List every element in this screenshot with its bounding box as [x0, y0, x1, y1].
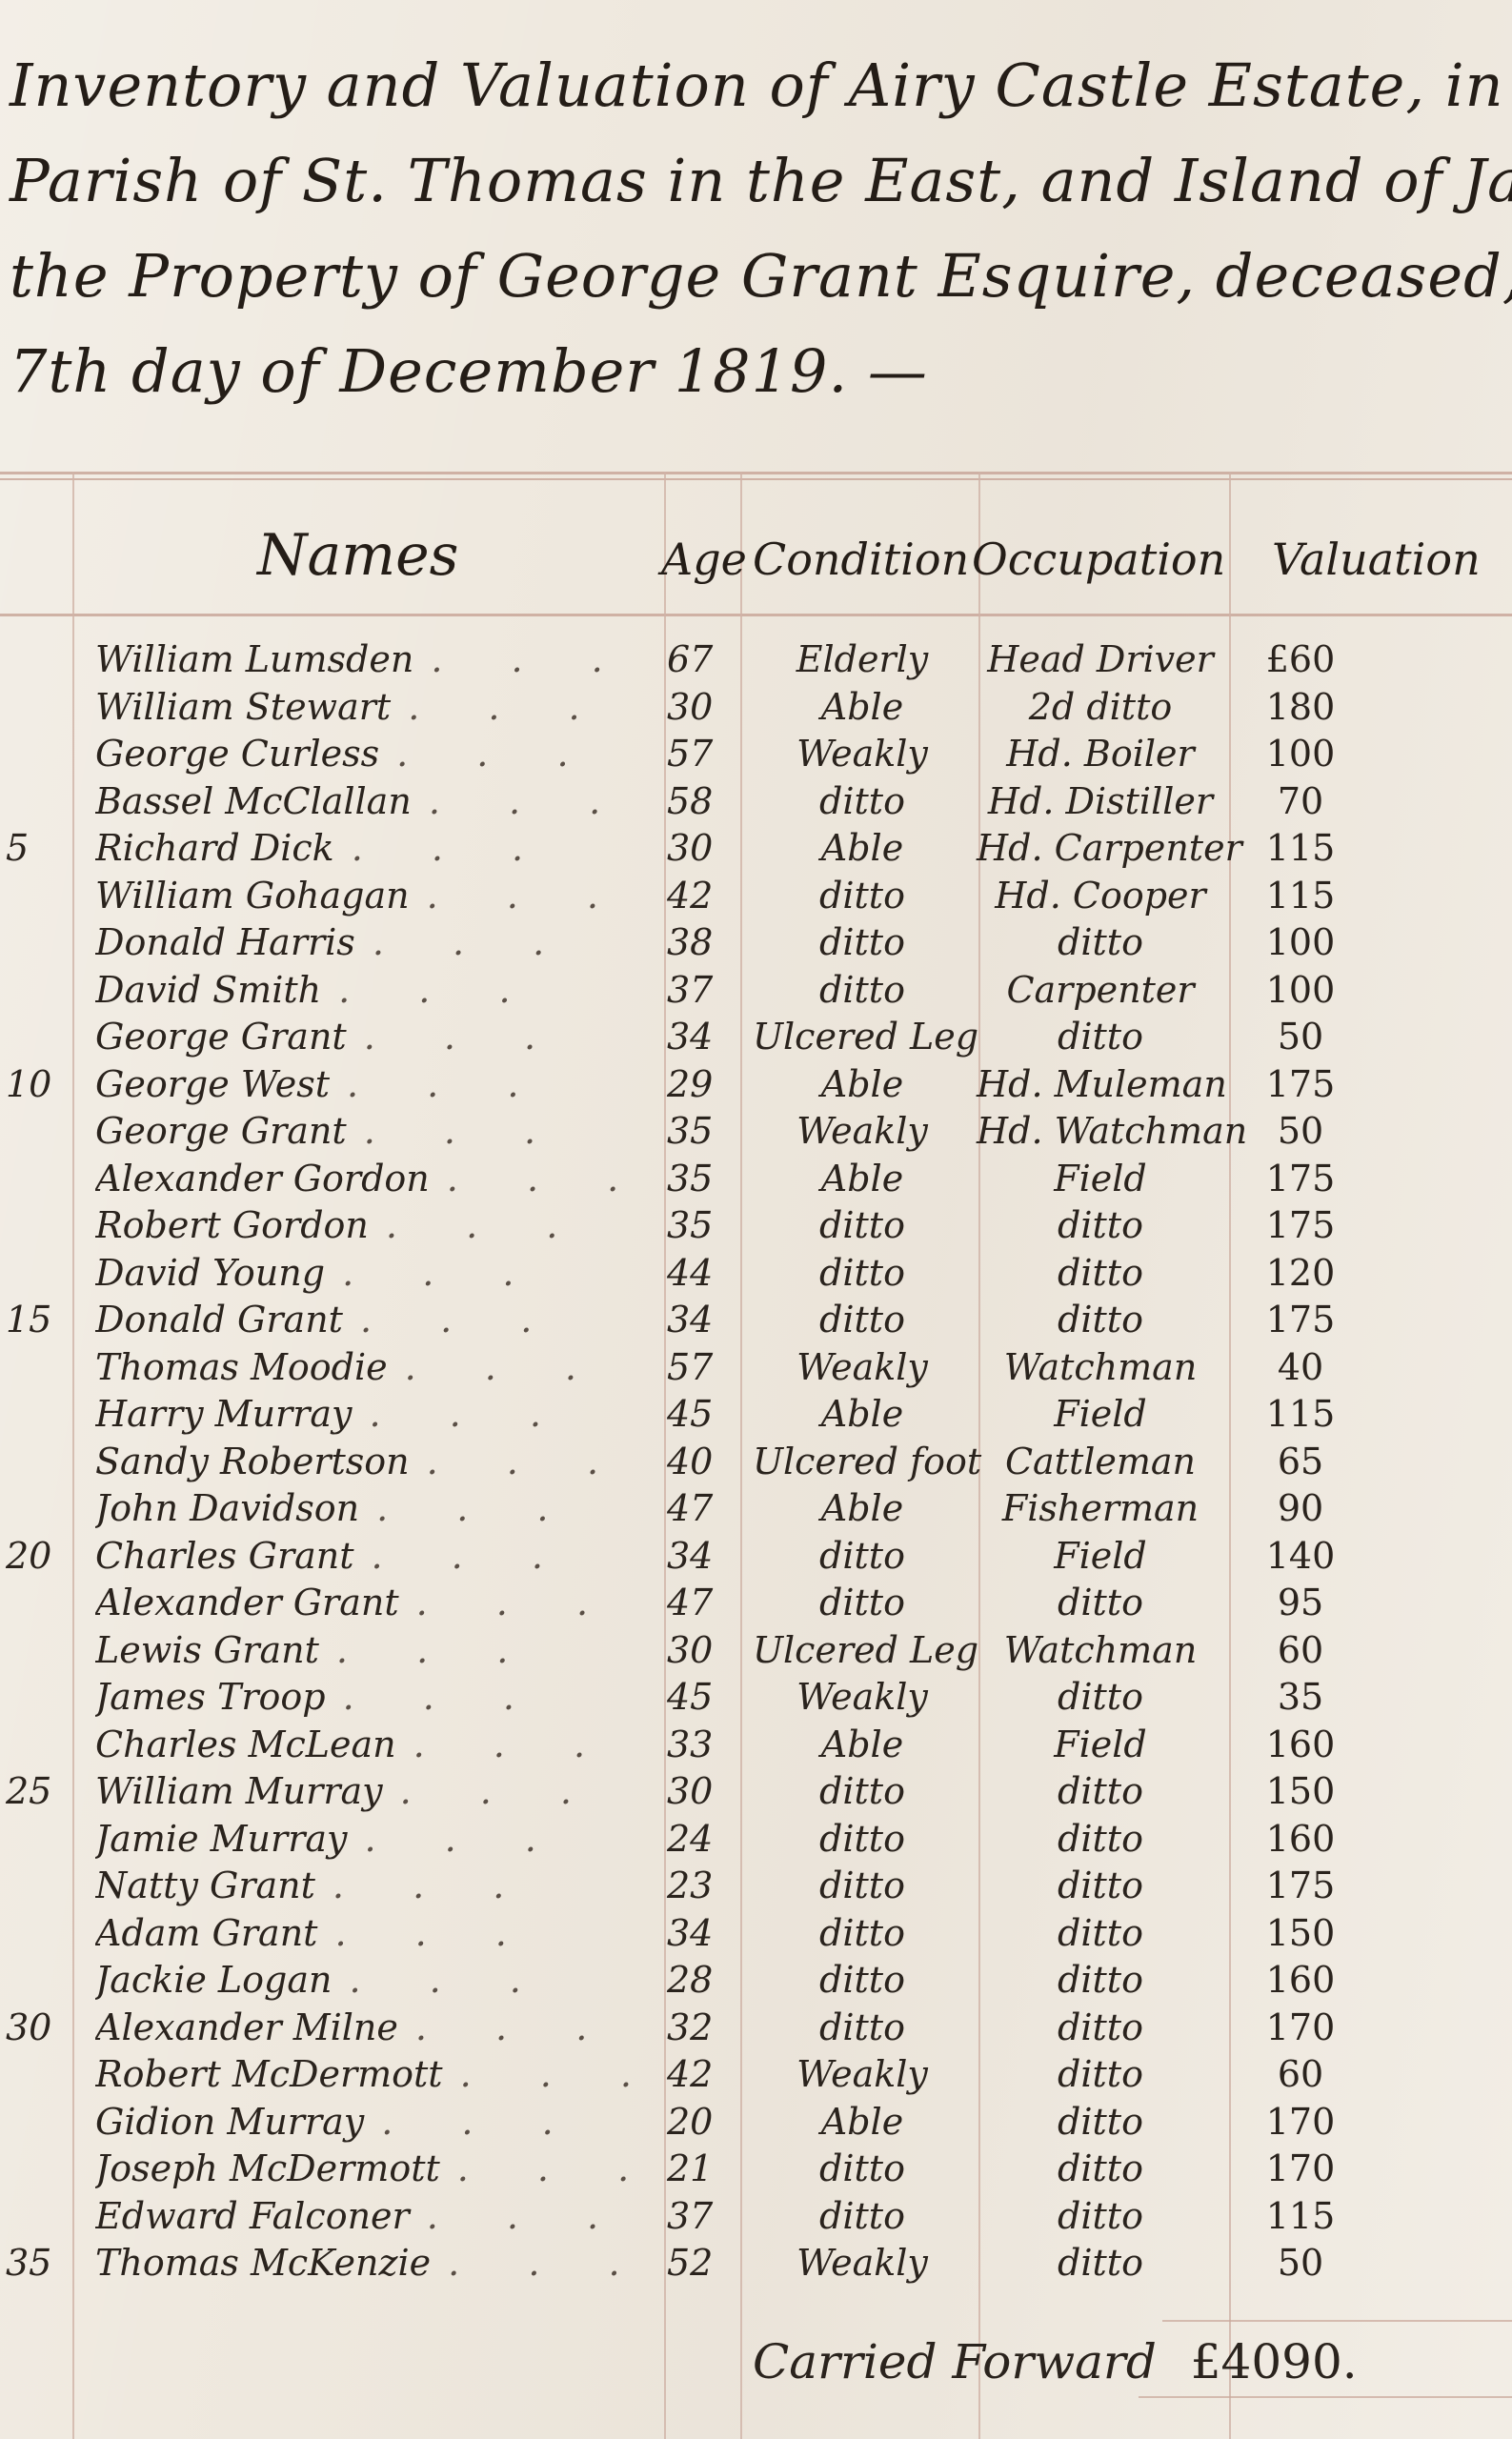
age-cell: 24	[667, 1816, 734, 1864]
age-cell: 37	[667, 967, 734, 1015]
condition-cell: Able	[753, 1156, 972, 1203]
table-row: Donald Harris. . .38dittoditto100	[0, 919, 1512, 967]
name-text: John Davidson	[95, 1487, 359, 1529]
name-cell: Sandy Robertson. . .	[95, 1439, 648, 1486]
total-rule	[1162, 2320, 1512, 2322]
condition-cell: Ulcered Leg	[753, 1627, 972, 1675]
condition-cell: Weakly	[753, 1344, 972, 1392]
age-cell: 47	[667, 1485, 734, 1533]
age-cell: 58	[667, 778, 734, 826]
condition-cell: ditto	[753, 1250, 972, 1298]
name-cell: Edward Falconer. . .	[95, 2193, 648, 2241]
table-row: Alexander Grant. . .47dittoditto95	[0, 1580, 1512, 1627]
title-line-4: 7th day of December 1819. —	[0, 324, 1512, 419]
table-row: 35Thomas McKenzie. . .52Weaklyditto50	[0, 2240, 1512, 2288]
name-text: Charles McLean	[95, 1723, 396, 1765]
name-cell: Thomas McKenzie. . .	[95, 2240, 648, 2288]
table-row: Gidion Murray. . .20Ableditto170	[0, 2099, 1512, 2147]
name-text: George Grant	[95, 1016, 347, 1058]
condition-cell: ditto	[753, 1863, 972, 1910]
leader-dots: . . .	[412, 780, 629, 822]
leader-dots: . . .	[410, 875, 627, 917]
row-number: 35	[6, 2240, 72, 2288]
age-cell: 45	[667, 1391, 734, 1439]
occupation-cell: Carpenter	[977, 967, 1224, 1015]
name-text: Harry Murray	[95, 1393, 353, 1435]
table-row: Robert McDermott. . .42Weaklyditto60	[0, 2051, 1512, 2099]
table-row: George Curless. . .57WeaklyHd. Boiler100	[0, 731, 1512, 778]
leader-dots: . . .	[410, 1441, 627, 1482]
age-cell: 35	[667, 1202, 734, 1250]
table-row: Alexander Gordon. . .35AbleField175	[0, 1156, 1512, 1203]
name-text: Jamie Murray	[95, 1818, 347, 1860]
valuation-cell: 115	[1239, 2193, 1362, 2241]
table-row: George Grant. . .35WeaklyHd. Watchman50	[0, 1108, 1512, 1156]
occupation-cell: ditto	[977, 2051, 1224, 2099]
name-cell: William Murray. . .	[95, 1768, 648, 1816]
occupation-cell: Field	[977, 1533, 1224, 1581]
valuation-cell: 160	[1239, 1816, 1362, 1864]
name-cell: William Gohagan. . .	[95, 873, 648, 920]
occupation-cell: ditto	[977, 2146, 1224, 2193]
document-title: Inventory and Valuation of Airy Castle E…	[0, 38, 1512, 419]
valuation-cell: 100	[1239, 967, 1362, 1015]
valuation-cell: 175	[1239, 1156, 1362, 1203]
valuation-cell: 150	[1239, 1768, 1362, 1816]
leader-dots: . . .	[334, 827, 552, 869]
leader-dots: . . .	[332, 1959, 549, 2001]
occupation-cell: Hd. Carpenter	[977, 825, 1224, 873]
valuation-cell: 175	[1239, 1061, 1362, 1109]
occupation-cell: ditto	[977, 1957, 1224, 2005]
age-cell: 21	[667, 2146, 734, 2193]
leader-dots: . . .	[321, 969, 538, 1011]
leader-dots: . . .	[315, 1865, 533, 1906]
age-cell: 45	[667, 1674, 734, 1722]
leader-dots: . . .	[359, 1487, 576, 1529]
condition-cell: Weakly	[753, 1108, 972, 1156]
name-cell: Alexander Gordon. . .	[95, 1156, 648, 1203]
name-cell: Alexander Grant. . .	[95, 1580, 648, 1627]
name-cell: Adam Grant. . .	[95, 1910, 648, 1958]
name-text: Donald Grant	[95, 1299, 343, 1340]
age-cell: 30	[667, 825, 734, 873]
name-text: Charles Grant	[95, 1535, 354, 1577]
occupation-cell: Hd. Muleman	[977, 1061, 1224, 1109]
table-row: Joseph McDermott. . .21dittoditto170	[0, 2146, 1512, 2193]
leader-dots: . . .	[369, 1204, 586, 1246]
occupation-cell: Fisherman	[977, 1485, 1224, 1533]
name-cell: Lewis Grant. . .	[95, 1627, 648, 1675]
leader-dots: . . .	[347, 1016, 564, 1058]
condition-cell: Able	[753, 1485, 972, 1533]
table-row: George Grant. . .34Ulcered Legditto50	[0, 1014, 1512, 1061]
name-text: Richard Dick	[95, 827, 334, 869]
occupation-cell: ditto	[977, 1674, 1224, 1722]
name-cell: Gidion Murray. . .	[95, 2099, 648, 2147]
occupation-cell: ditto	[977, 2240, 1224, 2288]
name-text: Bassel McClallan	[95, 780, 412, 822]
condition-cell: ditto	[753, 1768, 972, 1816]
header-names: Names	[257, 522, 458, 589]
table-row: Jamie Murray. . .24dittoditto160	[0, 1816, 1512, 1864]
age-cell: 29	[667, 1061, 734, 1109]
leader-dots: . . .	[317, 1912, 534, 1954]
table-row: Edward Falconer. . .37dittoditto115	[0, 2193, 1512, 2241]
age-cell: 35	[667, 1156, 734, 1203]
valuation-cell: 115	[1239, 1391, 1362, 1439]
table-row: 25William Murray. . .30dittoditto150	[0, 1768, 1512, 1816]
condition-cell: ditto	[753, 1957, 972, 2005]
name-cell: James Troop. . .	[95, 1674, 648, 1722]
condition-cell: Ulcered Leg	[753, 1014, 972, 1061]
header-valuation: Valuation	[1272, 534, 1481, 585]
age-cell: 44	[667, 1250, 734, 1298]
occupation-cell: ditto	[977, 919, 1224, 967]
name-cell: Joseph McDermott. . .	[95, 2146, 648, 2193]
age-cell: 33	[667, 1722, 734, 1769]
name-text: David Smith	[95, 969, 321, 1011]
name-cell: Donald Grant. . .	[95, 1297, 648, 1344]
carried-forward-label: Carried Forward	[753, 2334, 1157, 2389]
occupation-cell: ditto	[977, 1580, 1224, 1627]
age-cell: 57	[667, 731, 734, 778]
table-row: John Davidson. . .47AbleFisherman90	[0, 1485, 1512, 1533]
valuation-cell: 170	[1239, 2005, 1362, 2052]
valuation-cell: 115	[1239, 825, 1362, 873]
leader-dots: . . .	[396, 1723, 614, 1765]
name-cell: George Grant. . .	[95, 1014, 648, 1061]
table-row: 5Richard Dick. . .30AbleHd. Carpenter115	[0, 825, 1512, 873]
table-row: Sandy Robertson. . .40Ulcered footCattle…	[0, 1439, 1512, 1486]
leader-dots: . . .	[354, 1535, 572, 1577]
age-cell: 34	[667, 1533, 734, 1581]
occupation-cell: Cattleman	[977, 1439, 1224, 1486]
valuation-cell: 160	[1239, 1957, 1362, 2005]
age-cell: 38	[667, 919, 734, 967]
table-row: David Smith. . .37dittoCarpenter100	[0, 967, 1512, 1015]
valuation-cell: 65	[1239, 1439, 1362, 1486]
name-cell: Harry Murray. . .	[95, 1391, 648, 1439]
valuation-cell: 50	[1239, 1014, 1362, 1061]
row-number: 20	[6, 1533, 72, 1581]
name-text: Alexander Milne	[95, 2006, 398, 2048]
leader-dots: . . .	[430, 1158, 647, 1199]
age-cell: 34	[667, 1014, 734, 1061]
valuation-cell: 175	[1239, 1863, 1362, 1910]
valuation-cell: £60	[1239, 636, 1362, 684]
carried-forward: Carried Forward £4090.	[753, 2334, 1358, 2389]
condition-cell: ditto	[753, 873, 972, 920]
age-cell: 52	[667, 2240, 734, 2288]
title-line-3: the Property of George Grant Esquire, de…	[0, 229, 1512, 324]
name-cell: Bassel McClallan. . .	[95, 778, 648, 826]
table-row: James Troop. . .45Weaklyditto35	[0, 1674, 1512, 1722]
condition-cell: Able	[753, 684, 972, 732]
name-text: William Gohagan	[95, 875, 410, 917]
header-condition: Condition	[753, 534, 969, 585]
table-row: Bassel McClallan. . .58dittoHd. Distille…	[0, 778, 1512, 826]
occupation-cell: Field	[977, 1722, 1224, 1769]
name-cell: Natty Grant. . .	[95, 1863, 648, 1910]
leader-dots: . . .	[379, 733, 596, 775]
name-text: Donald Harris	[95, 921, 355, 963]
row-number: 30	[6, 2005, 72, 2052]
leader-dots: . . .	[383, 1770, 600, 1812]
leader-dots: . . .	[353, 1393, 570, 1435]
valuation-cell: 40	[1239, 1344, 1362, 1392]
table-row: Jackie Logan. . .28dittoditto160	[0, 1957, 1512, 2005]
table-row: Lewis Grant. . .30Ulcered LegWatchman60	[0, 1627, 1512, 1675]
name-text: Alexander Gordon	[95, 1158, 430, 1199]
name-cell: William Lumsden. . .	[95, 636, 648, 684]
name-text: Lewis Grant	[95, 1629, 319, 1671]
leader-dots: . . .	[347, 1818, 564, 1860]
name-text: William Stewart	[95, 686, 391, 728]
valuation-cell: 140	[1239, 1533, 1362, 1581]
name-text: Thomas McKenzie	[95, 2242, 431, 2284]
age-cell: 47	[667, 1580, 734, 1627]
occupation-cell: Field	[977, 1391, 1224, 1439]
condition-cell: Able	[753, 1391, 972, 1439]
leader-dots: . . .	[364, 2101, 581, 2143]
occupation-cell: ditto	[977, 1768, 1224, 1816]
title-line-2: Parish of St. Thomas in the East, and Is…	[0, 133, 1512, 229]
condition-cell: Ulcered foot	[753, 1439, 972, 1486]
table-row: Natty Grant. . .23dittoditto175	[0, 1863, 1512, 1910]
age-cell: 40	[667, 1439, 734, 1486]
valuation-cell: 100	[1239, 731, 1362, 778]
valuation-cell: 175	[1239, 1297, 1362, 1344]
table-row: Charles McLean. . .33AbleField160	[0, 1722, 1512, 1769]
age-cell: 28	[667, 1957, 734, 2005]
leader-dots: . . .	[443, 2053, 648, 2095]
leader-dots: . . .	[410, 2195, 627, 2237]
name-cell: George West. . .	[95, 1061, 648, 1109]
condition-cell: ditto	[753, 1202, 972, 1250]
condition-cell: ditto	[753, 1533, 972, 1581]
condition-cell: Weakly	[753, 2051, 972, 2099]
row-number: 15	[6, 1297, 72, 1344]
name-text: George Curless	[95, 733, 379, 775]
valuation-cell: 100	[1239, 919, 1362, 967]
name-cell: John Davidson. . .	[95, 1485, 648, 1533]
valuation-cell: 170	[1239, 2146, 1362, 2193]
age-cell: 34	[667, 1910, 734, 1958]
valuation-cell: 50	[1239, 2240, 1362, 2288]
occupation-cell: Field	[977, 1156, 1224, 1203]
name-cell: William Stewart. . .	[95, 684, 648, 732]
condition-cell: ditto	[753, 2005, 972, 2052]
table-row: William Lumsden. . .67ElderlyHead Driver…	[0, 636, 1512, 684]
leader-dots: . . .	[326, 1676, 543, 1718]
name-text: Joseph McDermott	[95, 2147, 440, 2189]
name-text: Robert Gordon	[95, 1204, 369, 1246]
occupation-cell: 2d ditto	[977, 684, 1224, 732]
leader-dots: . . .	[343, 1299, 560, 1340]
age-cell: 37	[667, 2193, 734, 2241]
leader-dots: . . .	[388, 1346, 605, 1388]
name-cell: Richard Dick. . .	[95, 825, 648, 873]
valuation-cell: 180	[1239, 684, 1362, 732]
name-cell: George Curless. . .	[95, 731, 648, 778]
title-line-1: Inventory and Valuation of Airy Castle E…	[0, 38, 1512, 133]
name-text: George West	[95, 1063, 330, 1105]
name-cell: George Grant. . .	[95, 1108, 648, 1156]
name-cell: Charles McLean. . .	[95, 1722, 648, 1769]
name-text: Sandy Robertson	[95, 1441, 410, 1482]
occupation-cell: ditto	[977, 2099, 1224, 2147]
table-row: Robert Gordon. . .35dittoditto175	[0, 1202, 1512, 1250]
name-cell: Alexander Milne. . .	[95, 2005, 648, 2052]
condition-cell: ditto	[753, 778, 972, 826]
leader-dots: . . .	[413, 638, 631, 680]
condition-cell: ditto	[753, 967, 972, 1015]
name-text: Natty Grant	[95, 1865, 315, 1906]
occupation-cell: ditto	[977, 1250, 1224, 1298]
condition-cell: ditto	[753, 1297, 972, 1344]
name-cell: Robert Gordon. . .	[95, 1202, 648, 1250]
condition-cell: Able	[753, 1061, 972, 1109]
age-cell: 30	[667, 1768, 734, 1816]
row-number: 10	[6, 1061, 72, 1109]
table-row: William Gohagan. . .42dittoHd. Cooper115	[0, 873, 1512, 920]
condition-cell: Able	[753, 1722, 972, 1769]
header-age: Age	[661, 534, 747, 585]
name-text: William Murray	[95, 1770, 383, 1812]
table-header: Names Age Condition Occupation Valuation	[0, 476, 1512, 629]
name-cell: Jackie Logan. . .	[95, 1957, 648, 2005]
age-cell: 42	[667, 2051, 734, 2099]
occupation-cell: Hd. Watchman	[977, 1108, 1224, 1156]
valuation-cell: 170	[1239, 2099, 1362, 2147]
condition-cell: ditto	[753, 1816, 972, 1864]
age-cell: 42	[667, 873, 734, 920]
table-row: Adam Grant. . .34dittoditto150	[0, 1910, 1512, 1958]
table-row: 20Charles Grant. . .34dittoField140	[0, 1533, 1512, 1581]
occupation-cell: ditto	[977, 1910, 1224, 1958]
valuation-cell: 115	[1239, 873, 1362, 920]
table-row: David Young. . .44dittoditto120	[0, 1250, 1512, 1298]
condition-cell: Elderly	[753, 636, 972, 684]
carried-forward-amount: £4090.	[1191, 2334, 1358, 2389]
leader-dots: . . .	[398, 2006, 615, 2048]
occupation-cell: ditto	[977, 2005, 1224, 2052]
age-cell: 30	[667, 684, 734, 732]
valuation-cell: 70	[1239, 778, 1362, 826]
occupation-cell: ditto	[977, 2193, 1224, 2241]
leader-dots: . . .	[325, 1252, 542, 1294]
age-cell: 57	[667, 1344, 734, 1392]
age-cell: 20	[667, 2099, 734, 2147]
name-cell: David Smith. . .	[95, 967, 648, 1015]
table-row: Thomas Moodie. . .57WeaklyWatchman40	[0, 1344, 1512, 1392]
name-text: George Grant	[95, 1110, 347, 1152]
row-number: 5	[6, 825, 72, 873]
total-rule-2	[1139, 2396, 1512, 2398]
occupation-cell: ditto	[977, 1014, 1224, 1061]
inventory-table: William Lumsden. . .67ElderlyHead Driver…	[0, 636, 1512, 2288]
valuation-cell: 50	[1239, 1108, 1362, 1156]
leader-dots: . . .	[347, 1110, 564, 1152]
name-cell: Robert McDermott. . .	[95, 2051, 648, 2099]
condition-cell: Able	[753, 2099, 972, 2147]
table-row: William Stewart. . .30Able2d ditto180	[0, 684, 1512, 732]
age-cell: 32	[667, 2005, 734, 2052]
name-cell: Charles Grant. . .	[95, 1533, 648, 1581]
name-text: David Young	[95, 1252, 325, 1294]
name-text: Edward Falconer	[95, 2195, 410, 2237]
header-occupation: Occupation	[972, 534, 1225, 585]
name-text: William Lumsden	[95, 638, 413, 680]
name-text: Robert McDermott	[95, 2053, 443, 2095]
name-cell: David Young. . .	[95, 1250, 648, 1298]
table-row: 10George West. . .29AbleHd. Muleman175	[0, 1061, 1512, 1109]
valuation-cell: 175	[1239, 1202, 1362, 1250]
condition-cell: ditto	[753, 919, 972, 967]
occupation-cell: Watchman	[977, 1344, 1224, 1392]
condition-cell: Weakly	[753, 1674, 972, 1722]
occupation-cell: ditto	[977, 1863, 1224, 1910]
occupation-cell: Watchman	[977, 1627, 1224, 1675]
condition-cell: ditto	[753, 2146, 972, 2193]
condition-cell: Weakly	[753, 731, 972, 778]
leader-dots: . . .	[391, 686, 608, 728]
valuation-cell: 95	[1239, 1580, 1362, 1627]
occupation-cell: ditto	[977, 1816, 1224, 1864]
name-text: Thomas Moodie	[95, 1346, 388, 1388]
condition-cell: Able	[753, 825, 972, 873]
condition-cell: ditto	[753, 1910, 972, 1958]
age-cell: 35	[667, 1108, 734, 1156]
name-text: Jackie Logan	[95, 1959, 332, 2001]
age-cell: 67	[667, 636, 734, 684]
name-text: James Troop	[95, 1676, 326, 1718]
valuation-cell: 35	[1239, 1674, 1362, 1722]
valuation-cell: 90	[1239, 1485, 1362, 1533]
age-cell: 23	[667, 1863, 734, 1910]
name-cell: Thomas Moodie. . .	[95, 1344, 648, 1392]
table-row: Harry Murray. . .45AbleField115	[0, 1391, 1512, 1439]
condition-cell: Weakly	[753, 2240, 972, 2288]
name-text: Gidion Murray	[95, 2101, 364, 2143]
age-cell: 30	[667, 1627, 734, 1675]
leader-dots: . . .	[399, 1582, 616, 1623]
header-top-rule	[0, 472, 1512, 474]
age-cell: 34	[667, 1297, 734, 1344]
occupation-cell: Hd. Distiller	[977, 778, 1224, 826]
valuation-cell: 150	[1239, 1910, 1362, 1958]
occupation-cell: Head Driver	[977, 636, 1224, 684]
name-cell: Jamie Murray. . .	[95, 1816, 648, 1864]
occupation-cell: ditto	[977, 1297, 1224, 1344]
condition-cell: ditto	[753, 2193, 972, 2241]
condition-cell: ditto	[753, 1580, 972, 1627]
valuation-cell: 60	[1239, 2051, 1362, 2099]
leader-dots: . . .	[431, 2242, 648, 2284]
table-row: 15Donald Grant. . .34dittoditto175	[0, 1297, 1512, 1344]
leader-dots: . . .	[330, 1063, 547, 1105]
occupation-cell: Hd. Boiler	[977, 731, 1224, 778]
valuation-cell: 160	[1239, 1722, 1362, 1769]
table-row: 30Alexander Milne. . .32dittoditto170	[0, 2005, 1512, 2052]
row-number: 25	[6, 1768, 72, 1816]
leader-dots: . . .	[355, 921, 573, 963]
occupation-cell: ditto	[977, 1202, 1224, 1250]
leader-dots: . . .	[440, 2147, 648, 2189]
name-cell: Donald Harris. . .	[95, 919, 648, 967]
occupation-cell: Hd. Cooper	[977, 873, 1224, 920]
